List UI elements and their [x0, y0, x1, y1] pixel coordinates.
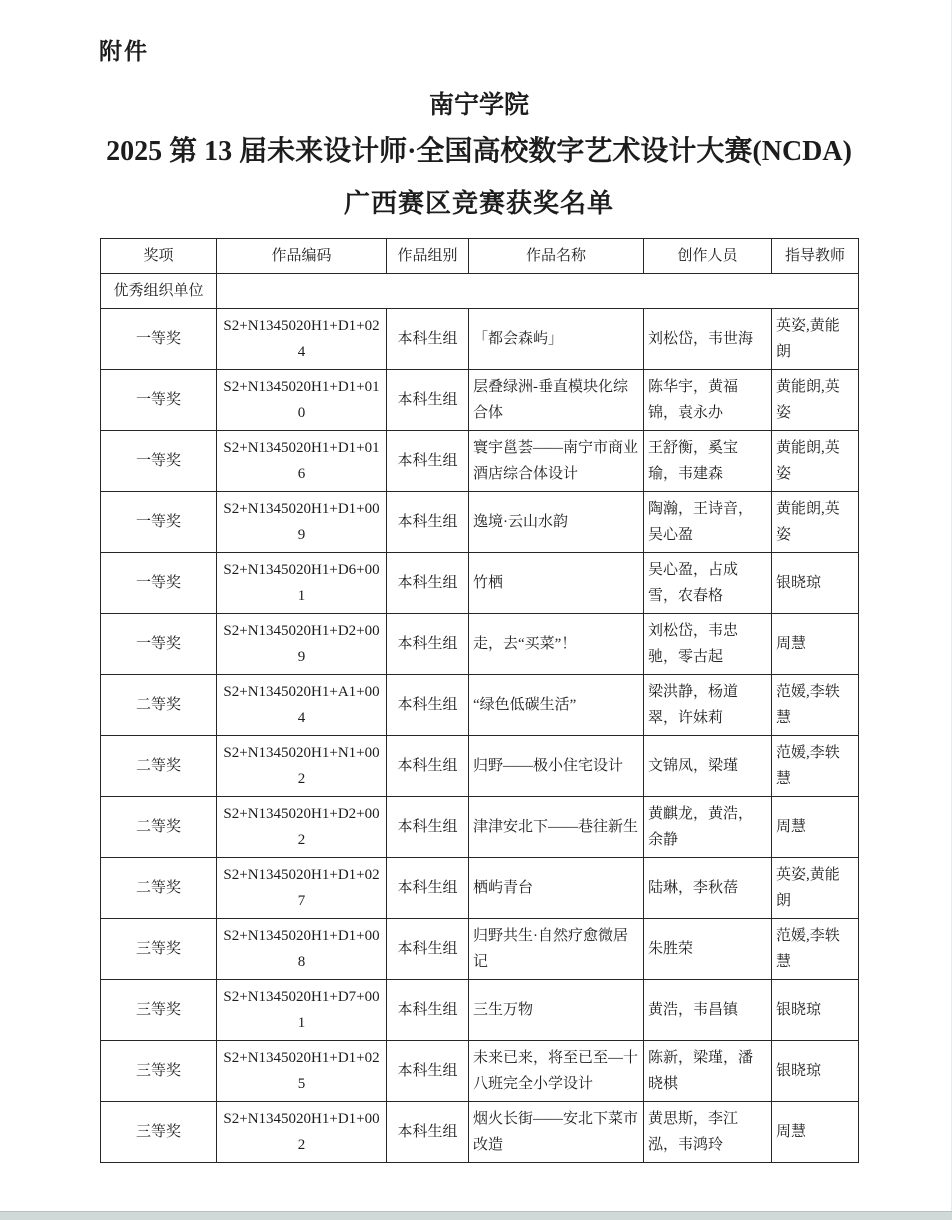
- award-cell: 三等奖: [101, 1102, 217, 1163]
- group-cell: 本科生组: [387, 1041, 469, 1102]
- table-header-row: 奖项 作品编码 作品组别 作品名称 创作人员 指导教师: [101, 239, 859, 274]
- work-title-cell: 逸境·云山水韵: [469, 492, 644, 553]
- table-row: 三等奖S2+N1345020H1+D1+025本科生组未来已来，将至已至—十八班…: [101, 1041, 859, 1102]
- doc-title-university: 南宁学院: [100, 85, 858, 121]
- work-code-cell: S2+N1345020H1+D1+024: [217, 309, 387, 370]
- creators-cell: 朱胜荣: [644, 919, 772, 980]
- teachers-cell: 黄能朗,英姿: [772, 431, 859, 492]
- group-cell: 本科生组: [387, 614, 469, 675]
- group-cell: 本科生组: [387, 797, 469, 858]
- teachers-cell: 周慧: [772, 1102, 859, 1163]
- award-cell: 一等奖: [101, 309, 217, 370]
- table-row: 一等奖S2+N1345020H1+D1+016本科生组寰宇邕荟——南宁市商业酒店…: [101, 431, 859, 492]
- award-cell: 二等奖: [101, 858, 217, 919]
- teachers-cell: 银晓琼: [772, 1041, 859, 1102]
- work-title-cell: 归野共生·自然疗愈微居记: [469, 919, 644, 980]
- award-cell: 一等奖: [101, 553, 217, 614]
- work-title-cell: 烟火长街——安北下菜市改造: [469, 1102, 644, 1163]
- award-cell: 二等奖: [101, 797, 217, 858]
- table-row: 一等奖S2+N1345020H1+D1+009本科生组逸境·云山水韵陶瀚，王诗音…: [101, 492, 859, 553]
- creators-cell: 黄思斯，李江泓，韦鸿玲: [644, 1102, 772, 1163]
- creators-cell: 梁洪静，杨道翠，许妹莉: [644, 675, 772, 736]
- group-cell: 本科生组: [387, 736, 469, 797]
- group-cell: 本科生组: [387, 919, 469, 980]
- group-cell: 本科生组: [387, 1102, 469, 1163]
- award-cell: 二等奖: [101, 736, 217, 797]
- doc-title-award-list: 广西赛区竞赛获奖名单: [100, 183, 858, 220]
- table-row: 一等奖S2+N1345020H1+D1+024本科生组「都会森屿」刘松岱，韦世海…: [101, 309, 859, 370]
- work-code-cell: S2+N1345020H1+D7+001: [217, 980, 387, 1041]
- work-title-cell: 三生万物: [469, 980, 644, 1041]
- column-header-creators: 创作人员: [644, 239, 772, 274]
- award-cell: 三等奖: [101, 919, 217, 980]
- work-code-cell: S2+N1345020H1+D1+010: [217, 370, 387, 431]
- teachers-cell: 黄能朗,英姿: [772, 492, 859, 553]
- group-cell: 本科生组: [387, 980, 469, 1041]
- table-row: 二等奖S2+N1345020H1+N1+002本科生组归野——极小住宅设计文锦凤…: [101, 736, 859, 797]
- work-title-cell: 栖屿青台: [469, 858, 644, 919]
- group-cell: 本科生组: [387, 431, 469, 492]
- work-title-cell: 层叠绿洲-垂直模块化综合体: [469, 370, 644, 431]
- column-header-code: 作品编码: [217, 239, 387, 274]
- award-cell: 一等奖: [101, 614, 217, 675]
- work-code-cell: S2+N1345020H1+A1+004: [217, 675, 387, 736]
- group-cell: 本科生组: [387, 675, 469, 736]
- special-row-label: 优秀组织单位: [101, 274, 217, 309]
- creators-cell: 刘松岱，韦忠驰，零古起: [644, 614, 772, 675]
- award-cell: 一等奖: [101, 492, 217, 553]
- work-title-cell: “绿色低碳生活”: [469, 675, 644, 736]
- table-row: 三等奖S2+N1345020H1+D7+001本科生组三生万物黄浩，韦昌镇银晓琼: [101, 980, 859, 1041]
- teachers-cell: 英姿,黄能朗: [772, 309, 859, 370]
- teachers-cell: 黄能朗,英姿: [772, 370, 859, 431]
- special-row: 优秀组织单位: [101, 274, 859, 309]
- teachers-cell: 范媛,李轶慧: [772, 919, 859, 980]
- award-cell: 三等奖: [101, 980, 217, 1041]
- work-title-cell: 寰宇邕荟——南宁市商业酒店综合体设计: [469, 431, 644, 492]
- document-page: 附件 南宁学院 2025 第 13 届未来设计师·全国高校数字艺术设计大赛(NC…: [0, 0, 952, 1220]
- work-title-cell: 走，去“买菜”！: [469, 614, 644, 675]
- table-row: 三等奖S2+N1345020H1+D1+008本科生组归野共生·自然疗愈微居记朱…: [101, 919, 859, 980]
- work-code-cell: S2+N1345020H1+D1+002: [217, 1102, 387, 1163]
- teachers-cell: 周慧: [772, 614, 859, 675]
- work-code-cell: S2+N1345020H1+D6+001: [217, 553, 387, 614]
- group-cell: 本科生组: [387, 370, 469, 431]
- table-row: 二等奖S2+N1345020H1+D1+027本科生组栖屿青台陆琳，李秋蓓英姿,…: [101, 858, 859, 919]
- table-row: 一等奖S2+N1345020H1+D1+010本科生组层叠绿洲-垂直模块化综合体…: [101, 370, 859, 431]
- teachers-cell: 范媛,李轶慧: [772, 736, 859, 797]
- special-row-value: [217, 274, 859, 309]
- creators-cell: 陶瀚，王诗音，吴心盈: [644, 492, 772, 553]
- column-header-title: 作品名称: [469, 239, 644, 274]
- award-cell: 一等奖: [101, 431, 217, 492]
- table-row: 一等奖S2+N1345020H1+D6+001本科生组竹栖吴心盈，占成雪，农春格…: [101, 553, 859, 614]
- award-cell: 三等奖: [101, 1041, 217, 1102]
- teachers-cell: 银晓琼: [772, 553, 859, 614]
- group-cell: 本科生组: [387, 492, 469, 553]
- column-header-teachers: 指导教师: [772, 239, 859, 274]
- horizontal-scrollbar-track[interactable]: [0, 1211, 952, 1220]
- teachers-cell: 范媛,李轶慧: [772, 675, 859, 736]
- creators-cell: 文锦凤，梁瑾: [644, 736, 772, 797]
- creators-cell: 吴心盈，占成雪，农春格: [644, 553, 772, 614]
- creators-cell: 刘松岱，韦世海: [644, 309, 772, 370]
- awards-table: 奖项 作品编码 作品组别 作品名称 创作人员 指导教师 优秀组织单位 一等奖S2…: [100, 238, 859, 1163]
- attachment-label: 附件: [99, 33, 149, 66]
- work-title-cell: 归野——极小住宅设计: [469, 736, 644, 797]
- work-title-cell: 竹栖: [469, 553, 644, 614]
- teachers-cell: 银晓琼: [772, 980, 859, 1041]
- work-title-cell: 「都会森屿」: [469, 309, 644, 370]
- table-row: 一等奖S2+N1345020H1+D2+009本科生组走，去“买菜”！刘松岱，韦…: [101, 614, 859, 675]
- creators-cell: 陈新，梁瑾，潘晓棋: [644, 1041, 772, 1102]
- work-code-cell: S2+N1345020H1+D1+025: [217, 1041, 387, 1102]
- creators-cell: 陆琳，李秋蓓: [644, 858, 772, 919]
- creators-cell: 黄浩，韦昌镇: [644, 980, 772, 1041]
- creators-cell: 陈华宇，黄福锦，袁永办: [644, 370, 772, 431]
- teachers-cell: 英姿,黄能朗: [772, 858, 859, 919]
- award-cell: 一等奖: [101, 370, 217, 431]
- work-code-cell: S2+N1345020H1+D1+016: [217, 431, 387, 492]
- work-title-cell: 未来已来，将至已至—十八班完全小学设计: [469, 1041, 644, 1102]
- group-cell: 本科生组: [387, 553, 469, 614]
- table-row: 二等奖S2+N1345020H1+A1+004本科生组“绿色低碳生活”梁洪静，杨…: [101, 675, 859, 736]
- column-header-group: 作品组别: [387, 239, 469, 274]
- table-row: 三等奖S2+N1345020H1+D1+002本科生组烟火长街——安北下菜市改造…: [101, 1102, 859, 1163]
- group-cell: 本科生组: [387, 858, 469, 919]
- teachers-cell: 周慧: [772, 797, 859, 858]
- award-cell: 二等奖: [101, 675, 217, 736]
- work-code-cell: S2+N1345020H1+D2+002: [217, 797, 387, 858]
- creators-cell: 黄麒龙，黄浩，余静: [644, 797, 772, 858]
- table-row: 二等奖S2+N1345020H1+D2+002本科生组津津安北下——巷往新生黄麒…: [101, 797, 859, 858]
- work-code-cell: S2+N1345020H1+D1+027: [217, 858, 387, 919]
- doc-title-competition: 2025 第 13 届未来设计师·全国高校数字艺术设计大赛(NCDA): [100, 129, 858, 169]
- group-cell: 本科生组: [387, 309, 469, 370]
- work-code-cell: S2+N1345020H1+N1+002: [217, 736, 387, 797]
- work-title-cell: 津津安北下——巷往新生: [469, 797, 644, 858]
- work-code-cell: S2+N1345020H1+D2+009: [217, 614, 387, 675]
- work-code-cell: S2+N1345020H1+D1+008: [217, 919, 387, 980]
- creators-cell: 王舒衡，奚宝瑜，韦建森: [644, 431, 772, 492]
- work-code-cell: S2+N1345020H1+D1+009: [217, 492, 387, 553]
- column-header-award: 奖项: [101, 239, 217, 274]
